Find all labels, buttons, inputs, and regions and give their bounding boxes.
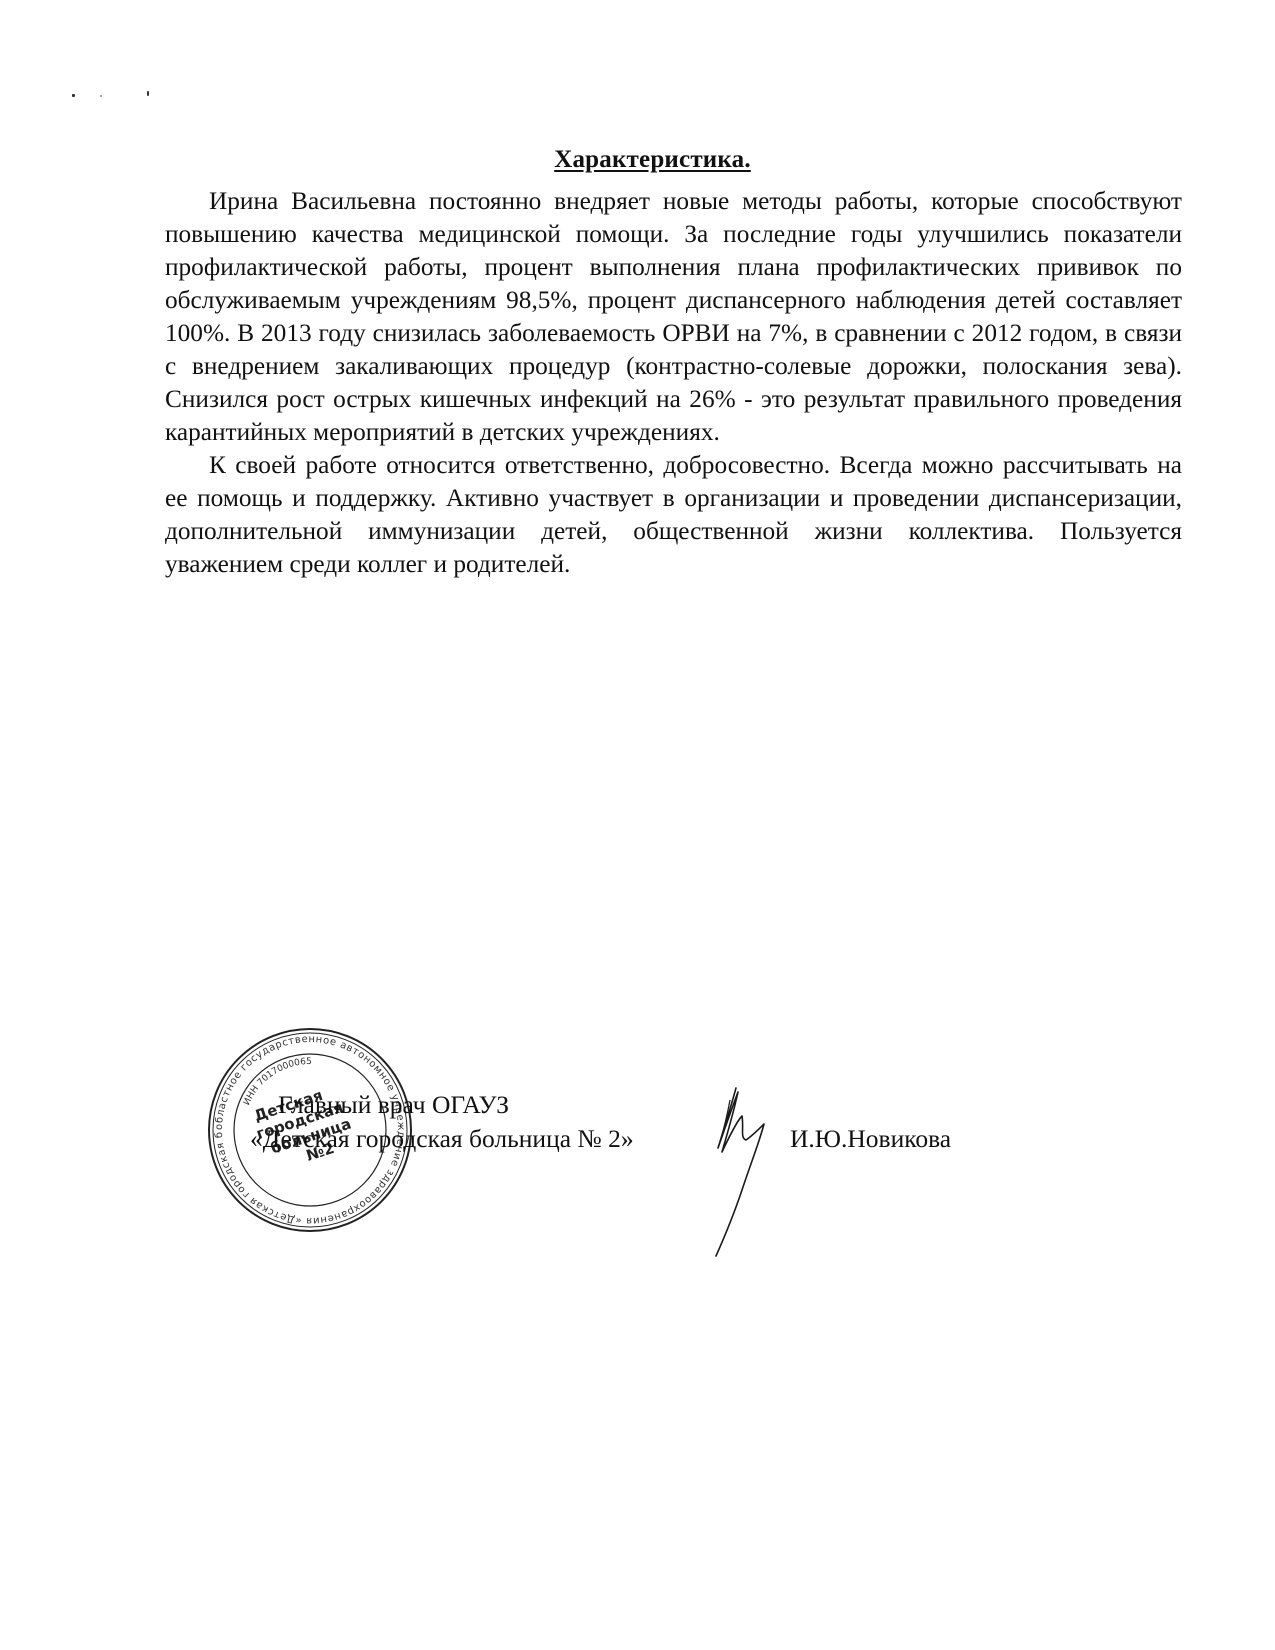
svg-text:Детская: Детская — [252, 1086, 325, 1125]
paragraph-achievements: Ирина Васильевна постоянно внедряет новы… — [165, 185, 1182, 449]
stamp-icon: областное государственное автономное учр… — [205, 1025, 415, 1235]
svg-text:ИНН 7017000065: ИНН 7017000065 — [242, 1057, 312, 1107]
signer-organization: «Детская городская больница № 2» — [250, 1124, 634, 1154]
paragraph-attitude: К своей работе относится ответственно, д… — [165, 449, 1182, 581]
document-title: Характеристика. — [0, 146, 1275, 174]
svg-text:больница: больница — [268, 1115, 353, 1158]
svg-text:городская: городская — [254, 1098, 345, 1143]
signer-position: Главный врач ОГАУЗ — [278, 1090, 509, 1120]
signer-name: И.Ю.Новикова — [790, 1124, 951, 1154]
scan-artifacts — [72, 90, 162, 102]
svg-text:областное государственное авто: областное государственное автономное учр… — [205, 1025, 406, 1226]
svg-text:№2: №2 — [304, 1139, 337, 1165]
handwritten-signature-icon — [700, 1080, 800, 1260]
document-body: Ирина Васильевна постоянно внедряет новы… — [165, 185, 1182, 581]
